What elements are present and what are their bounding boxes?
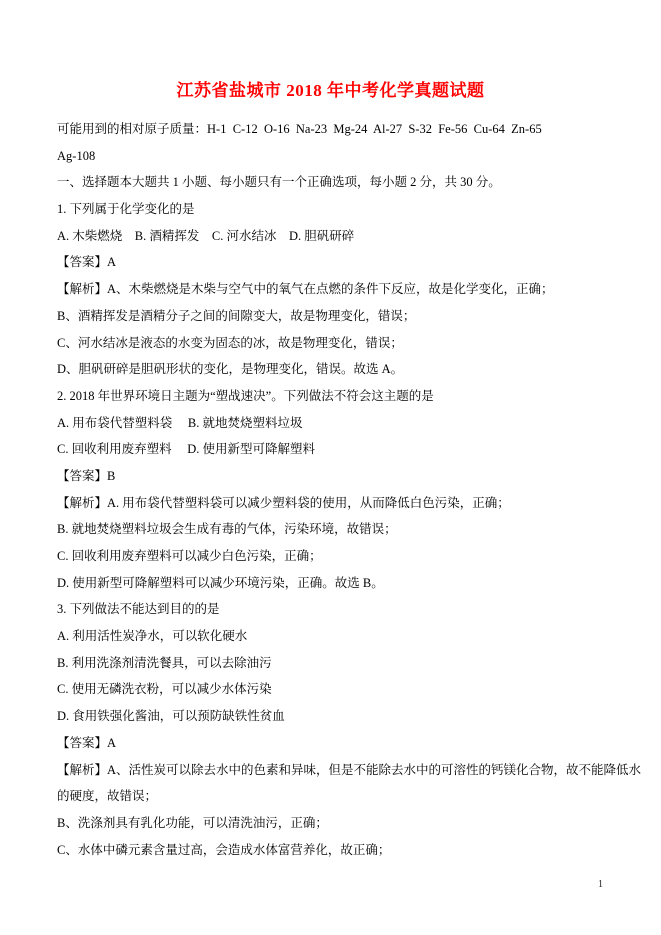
text-line: 一、选择题本大题共 1 小题、每小题只有一个正确选项，每小题 2 分，共 30 … (57, 169, 604, 196)
text-line: 【答案】A (57, 249, 604, 276)
text-line: B. 利用洗涤剂清洗餐具，可以去除油污 (57, 650, 604, 677)
page-number: 1 (598, 879, 603, 891)
text-line: C、水体中磷元素含量过高，会造成水体富营养化，故正确； (57, 837, 604, 864)
text-line: 可能用到的相对原子质量：H-1 C-12 O-16 Na-23 Mg-24 Al… (57, 116, 604, 143)
text-line: B、酒精挥发是酒精分子之间的间隙变大，故是物理变化，错误； (57, 303, 604, 330)
text-line: C. 使用无磷洗衣粉，可以减少水体污染 (57, 676, 604, 703)
text-line: B. 就地焚烧塑料垃圾会生成有毒的气体，污染环境，故错误； (57, 516, 604, 543)
text-line: A. 木柴燃烧 B. 酒精挥发 C. 河水结冰 D. 胆矾研碎 (57, 223, 604, 250)
document-body: 可能用到的相对原子质量：H-1 C-12 O-16 Na-23 Mg-24 Al… (57, 116, 604, 863)
text-line: 3. 下列做法不能达到目的的是 (57, 596, 604, 623)
text-line: B、洗涤剂具有乳化功能，可以清洗油污，正确； (57, 810, 604, 837)
text-line: D、胆矾研碎是胆矾形状的变化，是物理变化，错误。故选 A。 (57, 356, 604, 383)
text-line: A. 用布袋代替塑料袋 B. 就地焚烧塑料垃圾 (57, 410, 604, 437)
document-page: 江苏省盐城市 2018 年中考化学真题试题 可能用到的相对原子质量：H-1 C-… (0, 0, 661, 935)
text-line: 【解析】A、木柴燃烧是木柴与空气中的氧气在点燃的条件下反应，故是化学变化，正确； (57, 276, 604, 303)
text-line: C. 回收利用废弃塑料可以减少白色污染，正确； (57, 543, 604, 570)
text-line: 的硬度，故错误； (57, 783, 604, 810)
text-line: 【答案】A (57, 730, 604, 757)
text-line: C、河水结冰是液态的水变为固态的冰，故是物理变化，错误； (57, 330, 604, 357)
text-line: A. 利用活性炭净水，可以软化硬水 (57, 623, 604, 650)
document-title: 江苏省盐城市 2018 年中考化学真题试题 (0, 0, 661, 104)
text-line: C. 回收利用废弃塑料 D. 使用新型可降解塑料 (57, 436, 604, 463)
text-line: D. 使用新型可降解塑料可以减少环境污染，正确。故选 B。 (57, 570, 604, 597)
text-line: Ag-108 (57, 143, 604, 170)
text-line: 1. 下列属于化学变化的是 (57, 196, 604, 223)
text-line: D. 食用铁强化酱油，可以预防缺铁性贫血 (57, 703, 604, 730)
text-line: 2. 2018 年世界环境日主题为“塑战速决”。下列做法不符会这主题的是 (57, 383, 604, 410)
text-line: 【解析】A. 用布袋代替塑料袋可以减少塑料袋的使用，从而降低白色污染，正确； (57, 490, 604, 517)
text-line: 【解析】A、活性炭可以除去水中的色素和异味，但是不能除去水中的可溶性的钙镁化合物… (57, 757, 604, 784)
text-line: 【答案】B (57, 463, 604, 490)
